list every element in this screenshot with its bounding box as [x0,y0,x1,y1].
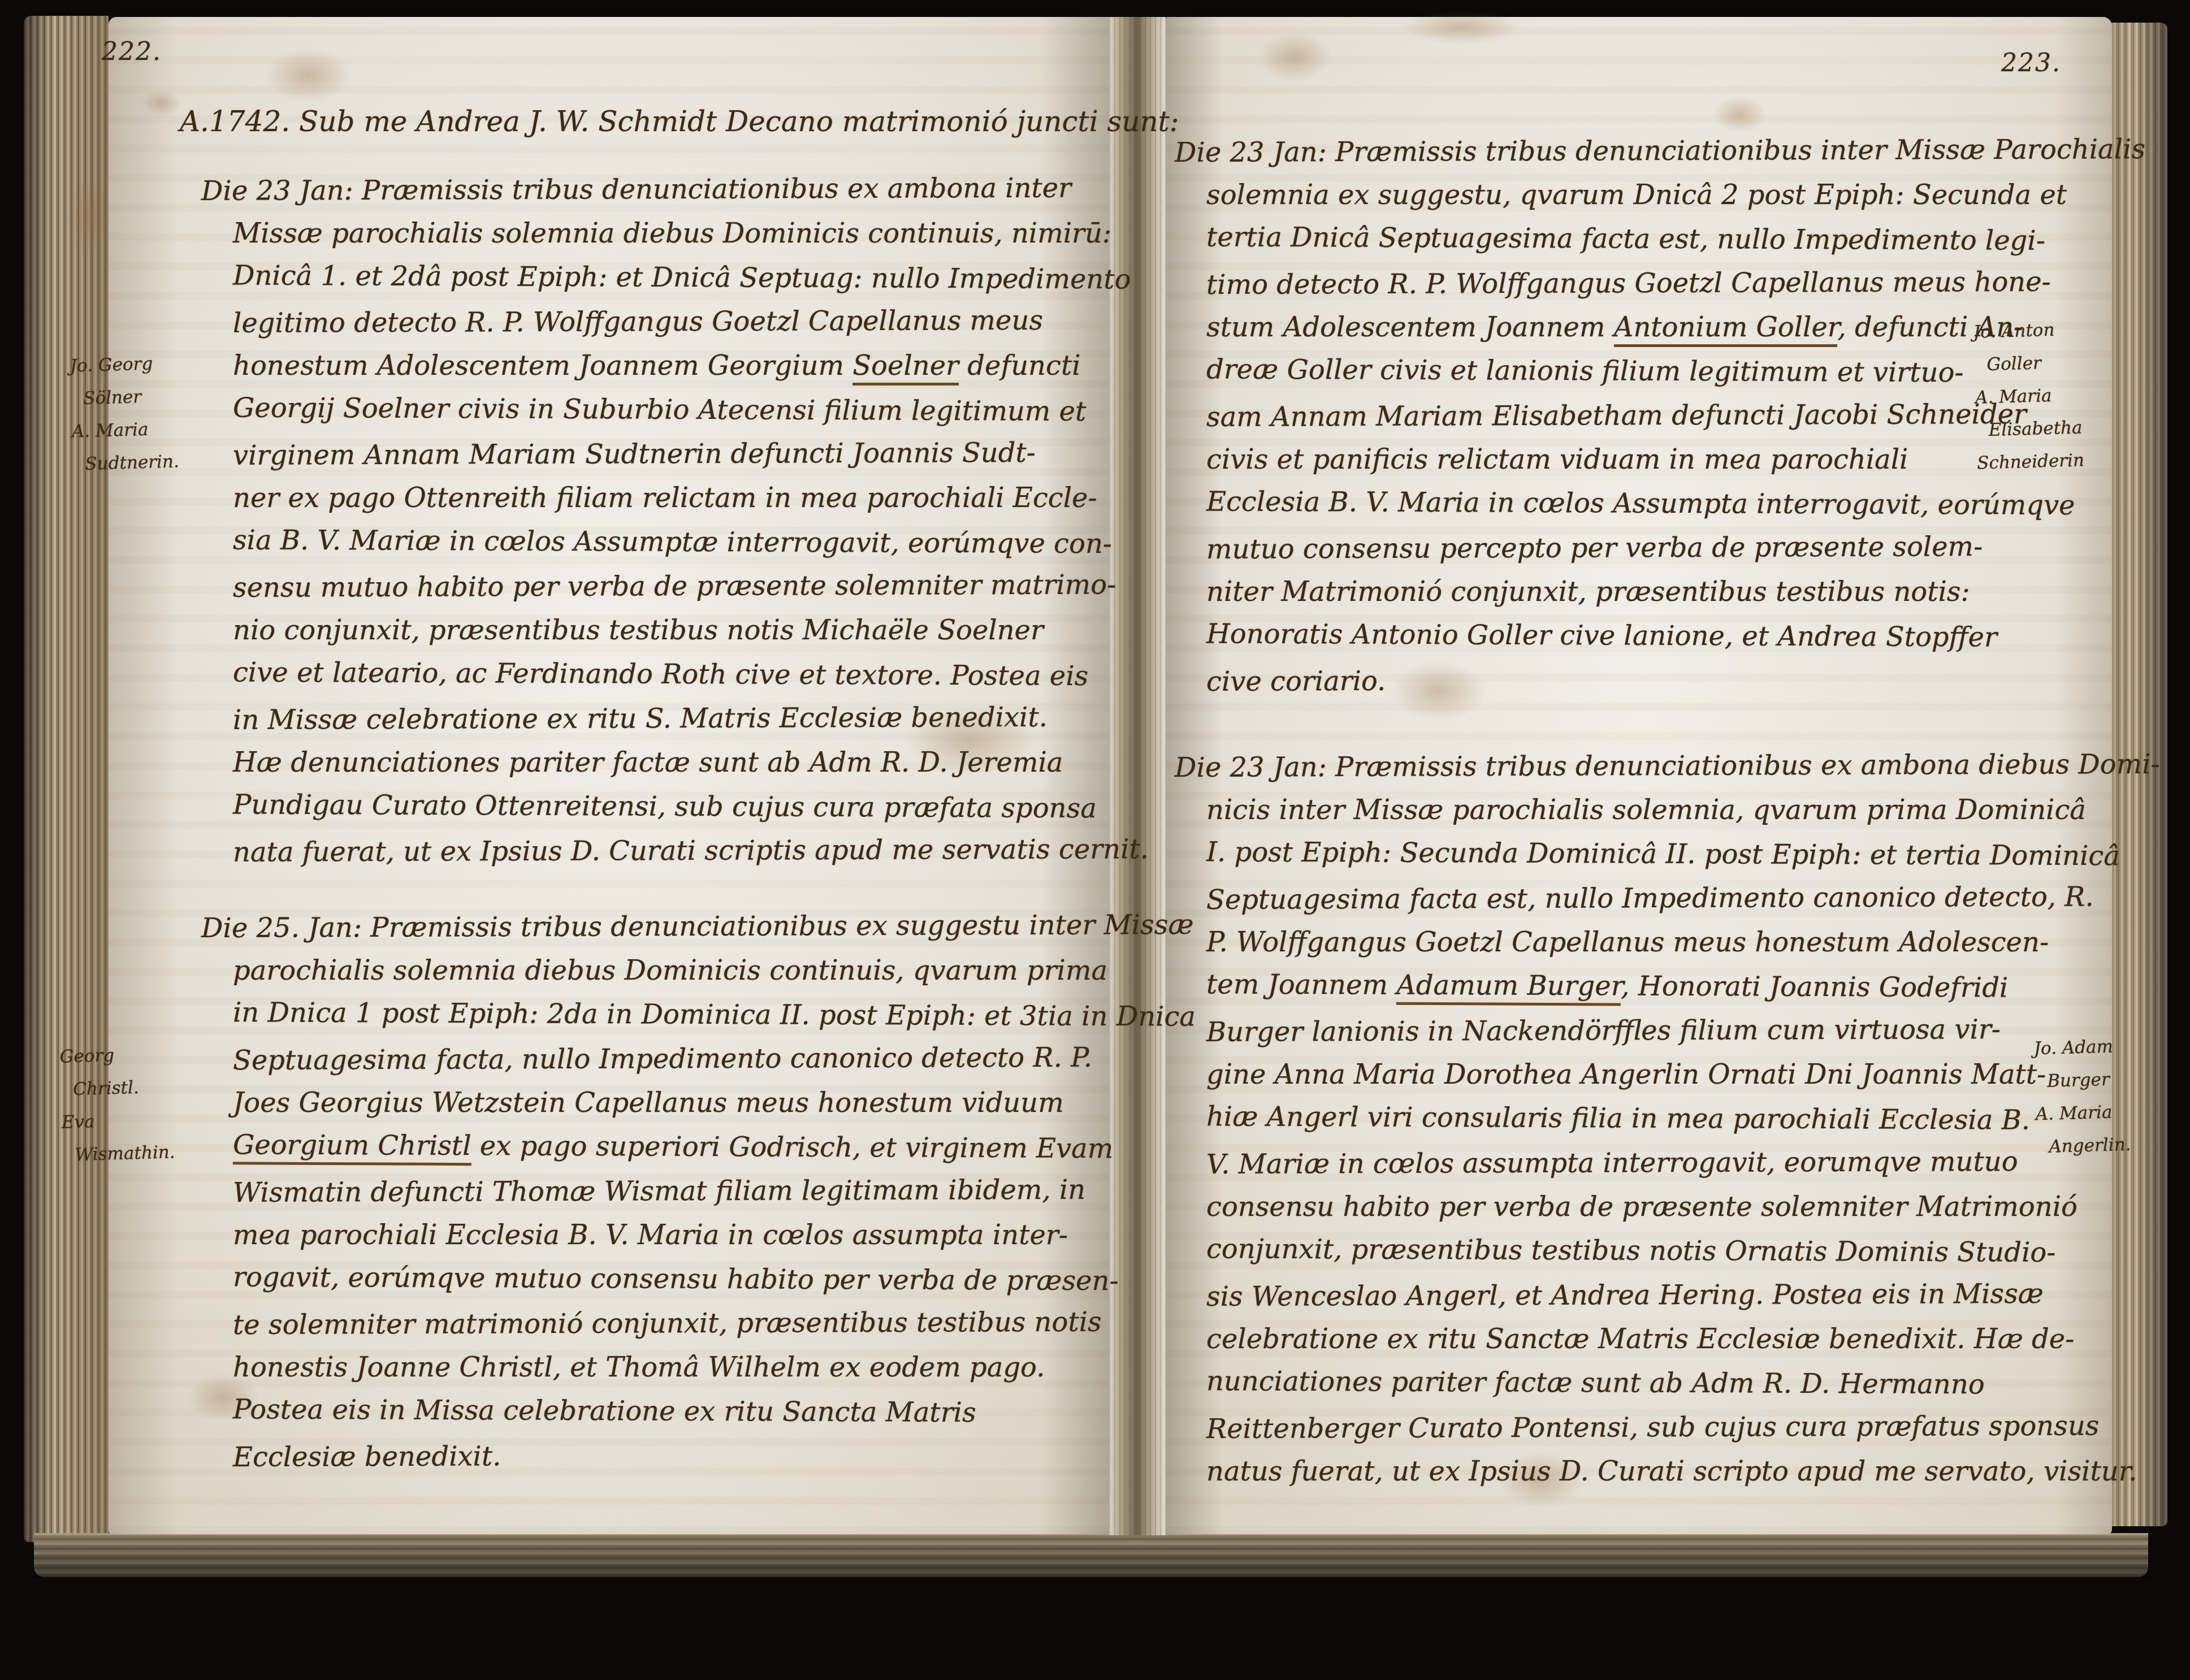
text-line: Georgij Soelner civis in Suburbio Atecen… [233,386,1149,434]
margin-note-line: Angerlin. [2036,1128,2132,1164]
underlined-name: Antonium Goller [1614,311,1838,347]
text-line: parochialis solemnia diebus Dominicis co… [233,949,1196,993]
text-line: V. Mariæ in cœlos assumpta interrogavit,… [1206,1139,2160,1187]
text-line: nunciationes pariter factæ sunt ab Adm R… [1206,1359,2160,1407]
text-line: Die 23 Jan: Præmissis tribus denunciatio… [201,166,1149,213]
text-line: Dnicâ 1. et 2dâ post Epiph: et Dnicâ Sep… [233,253,1149,301]
margin-note-line: Eva [61,1103,175,1139]
text-line: tertia Dnicâ Septuagesima facta est, nul… [1206,215,2145,263]
text-line: solemnia ex suggestu, qvarum Dnicâ 2 pos… [1206,173,2145,217]
text-line: Die 23 Jan: Præmissis tribus denunciatio… [1175,742,2160,790]
marriage-entry: Die 23 Jan: Præmissis tribus denunciatio… [1175,744,2160,1493]
text-line: Wismatin defuncti Thomæ Wismat filiam le… [233,1167,1196,1215]
margin-note-line: Jo. Adam [2033,1030,2129,1066]
manuscript-photo: 222. 223. A.1742. Sub me Andrea J. W. Sc… [0,0,2190,1680]
text-line: rogavit, eorúmqve mutuo consensu habito … [233,1255,1196,1303]
margin-note-line: Georg [59,1037,173,1073]
text-line: hiæ Angerl viri consularis filia in mea … [1206,1094,2160,1142]
text-line: cive coriario. [1206,656,2145,704]
margin-note-line: A. Maria [2035,1096,2131,1131]
text-line: Ecclesiæ benedixit. [233,1432,1196,1479]
text-line: sis Wenceslao Angerl, et Andrea Hering. … [1206,1271,2160,1319]
text-line: Pundigau Curato Ottenreitensi, sub cujus… [233,782,1149,830]
text-line: sia B. V. Mariæ in cœlos Assumptæ interr… [233,518,1149,566]
text-line: ner ex pago Ottenreith filiam relictam i… [233,476,1149,520]
text-line: Die 25. Jan: Præmissis tribus denunciati… [201,903,1196,950]
year-heading: A.1742. Sub me Andrea J. W. Schmidt Deca… [180,105,1179,138]
margin-note-line: A. Maria [71,412,179,448]
margin-note-names: Jo. GeorgSölnerA. MariaSudtnerin. [70,347,180,480]
underlined-name: Adamum Burger [1396,969,1621,1006]
text-line: Hæ denunciationes pariter factæ sunt ab … [233,741,1149,785]
margin-note-line: Jo. Anton [1973,313,2081,348]
marriage-entry: Die 23 Jan: Præmissis tribus denunciatio… [201,167,1149,873]
page-number-left: 222. [102,37,162,66]
text-line: timo detecto R. P. Wolffgangus Goetzl Ca… [1206,259,2145,307]
margin-note-line: Goller [1974,345,2082,381]
text-line: cive et lateario, ac Ferdinando Roth civ… [233,650,1149,698]
text-line: honestis Joanne Christl, et Thomâ Wilhel… [233,1345,1196,1389]
text-line: Missæ parochialis solemnia diebus Domini… [233,211,1149,256]
margin-note-line: Sölner [70,379,178,415]
margin-note-line: Jo. Georg [70,347,177,382]
text-line: celebratione ex ritu Sanctæ Matris Eccle… [1206,1317,2160,1361]
text-line: Postea eis in Missa celebratione ex ritu… [233,1387,1196,1435]
text-line: gine Anna Maria Dorothea Angerlin Ornati… [1206,1053,2160,1097]
text-line: Ecclesia B. V. Maria in cœlos Assumpta i… [1206,479,2145,527]
text-line: Georgium Christl ex pago superiori Godri… [233,1123,1196,1171]
text-line: Honoratis Antonio Goller cive lanione, e… [1206,612,2145,660]
text-line: niter Matrimonió conjunxit, præsentibus … [1206,570,2145,614]
text-line: legitimo detecto R. P. Wolffgangus Goetz… [233,298,1149,345]
margin-note-names: GeorgChristl.EvaWismathin. [59,1037,176,1171]
margin-note-line: Wismathin. [62,1136,176,1172]
text-line: sensu mutuo habito per verba de præsente… [233,562,1149,610]
text-line: nata fuerat, ut ex Ipsius D. Curati scri… [233,827,1149,874]
margin-note-line: Burger [2034,1063,2130,1098]
margin-note-line: Schneiderin [1976,444,2084,479]
margin-note-line: Elisabetha [1976,411,2084,447]
page-number-right: 223. [2001,49,2061,77]
text-line: honestum Adolescentem Joannem Georgium S… [233,344,1149,388]
text-line: conjunxit, præsentibus testibus notis Or… [1206,1227,2160,1275]
text-line: I. post Epiph: Secunda Dominicâ II. post… [1206,830,2160,878]
text-line: mea parochiali Ecclesia B. V. Maria in c… [233,1213,1196,1257]
book-page-stack-bottom [34,1533,2148,1577]
text-line: Joes Georgius Wetzstein Capellanus meus … [233,1081,1196,1125]
text-line: P. Wolffgangus Goetzl Capellanus meus ho… [1206,920,2160,964]
text-line: consensu habito per verba de præsente so… [1206,1185,2160,1229]
margin-note-line: A. Maria [1975,378,2083,414]
marriage-entry: Die 25. Jan: Præmissis tribus denunciati… [201,904,1196,1478]
underlined-name: Georgium Christl [233,1129,471,1166]
text-line: Septuagesima facta, nullo Impedimento ca… [233,1035,1196,1083]
text-line: in Dnica 1 post Epiph: 2da in Dominica I… [233,990,1196,1038]
margin-note-line: Sudtnerin. [72,445,180,480]
text-line: tem Joannem Adamum Burger, Honorati Joan… [1206,962,2160,1010]
text-line: Die 23 Jan: Præmissis tribus denunciatio… [1175,127,2145,175]
underlined-name: Soelner [852,350,959,386]
margin-note-names: Jo. AdamBurgerA. MariaAngerlin. [2033,1030,2131,1164]
text-line: virginem Annam Mariam Sudtnerin defuncti… [233,430,1149,478]
margin-note-line: Christl. [60,1070,174,1106]
text-line: natus fuerat, ut ex Ipsius D. Curati scr… [1206,1449,2160,1493]
margin-note-names: Jo. AntonGollerA. MariaElisabethaSchneid… [1973,313,2085,479]
text-line: mutuo consensu percepto per verba de præ… [1206,524,2145,571]
text-line: Reittenberger Curato Pontensi, sub cujus… [1206,1404,2160,1451]
text-line: te solemniter matrimonió conjunxit, præs… [233,1300,1196,1347]
text-line: in Missæ celebratione ex ritu S. Matris … [233,695,1149,742]
text-line: Burger lanionis in Nackendörffles filium… [1206,1007,2160,1054]
text-line: nio conjunxit, præsentibus testibus noti… [233,608,1149,652]
text-line: nicis inter Missæ parochialis solemnia, … [1206,788,2160,832]
text-line: Septuagesima facta est, nullo Impediment… [1206,874,2160,922]
book-fore-edge-left [24,16,109,1542]
